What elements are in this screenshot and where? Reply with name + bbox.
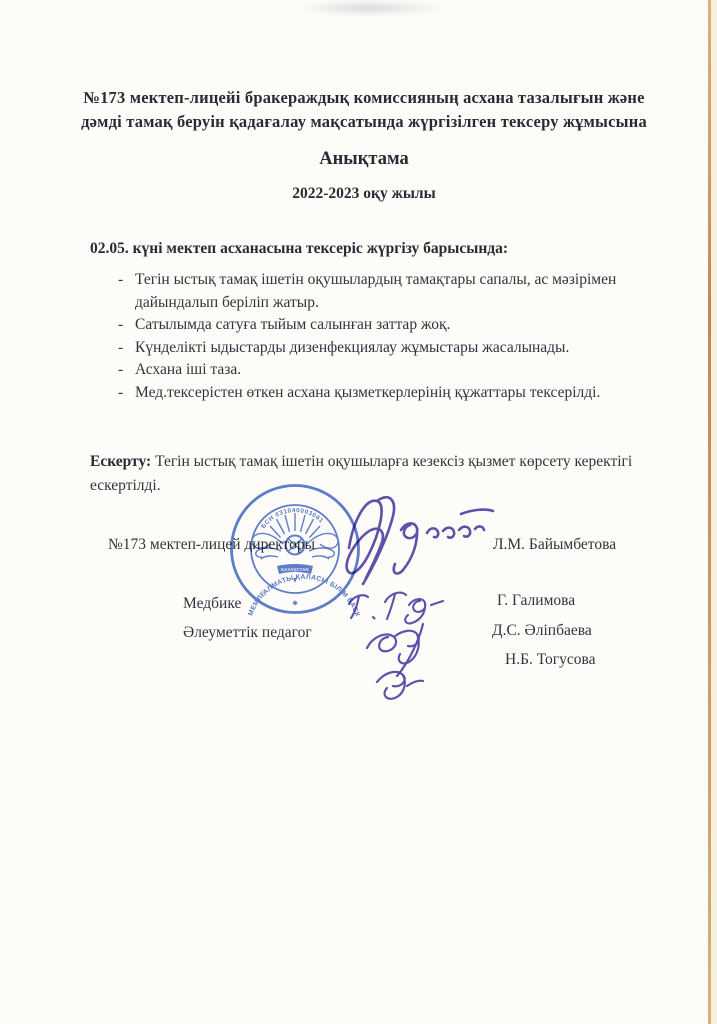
finding-text: Күнделікті ыдыстарды дизенфекциялау жұмы… (135, 339, 569, 356)
signature-name-togusova: Н.Б. Тогусова (505, 651, 596, 669)
findings-list: - Тегін ыстық тамақ ішетін оқушылардың т… (118, 269, 638, 404)
page-edge-line (708, 0, 711, 1024)
finding-item: - Тегін ыстық тамақ ішетін оқушылардың т… (118, 269, 638, 314)
emblem-caption: ҚАЗАҚСТАН (281, 567, 309, 572)
bullet-dash: - (118, 314, 123, 337)
pedagog-signature (367, 624, 423, 676)
handwritten-signatures (333, 486, 513, 706)
school-year: 2022-2023 оқу жылы (74, 185, 654, 203)
nurse-signature (349, 593, 443, 624)
finding-text: Сатылымда сатуға тыйым салынған заттар ж… (135, 316, 450, 333)
finding-text: Тегін ыстық тамақ ішетін оқушылардың там… (135, 271, 616, 311)
director-signature (347, 497, 493, 584)
document-title: №173 мектеп-лицейі бракераждық комиссиян… (74, 86, 654, 134)
finding-item: - Күнделікті ыдыстарды дизенфекциялау жұ… (118, 337, 638, 360)
signature-role-social-pedagog: Әлеуметтік педагог (183, 624, 312, 642)
bullet-dash: - (118, 269, 123, 292)
finding-item: - Сатылымда сатуға тыйым салынған заттар… (118, 314, 638, 337)
page-edge-shadow (710, 0, 717, 1024)
finding-item: - Мед.тексерістен өткен асхана қызметкер… (118, 382, 638, 405)
finding-text: Мед.тексерістен өткен асхана қызметкерле… (135, 384, 600, 401)
certificate-heading: Анықтама (74, 149, 654, 170)
bullet-dash: - (118, 359, 123, 382)
finding-item: - Асхана іші таза. (118, 359, 638, 382)
togusova-signature (377, 672, 423, 699)
stamp-star-icon: ✱ (292, 599, 298, 606)
bullet-dash: - (118, 337, 123, 360)
scan-smudge (295, 0, 445, 16)
bullet-dash: - (118, 382, 123, 405)
note-label: Ескерту: (90, 453, 151, 470)
inspection-intro: 02.05. күні мектеп асханасына тексеріс ж… (90, 240, 508, 258)
finding-text: Асхана іші таза. (135, 361, 241, 378)
scanned-document-page: { "doc": { "title": "№173 мектеп-лицейі … (0, 0, 717, 1024)
